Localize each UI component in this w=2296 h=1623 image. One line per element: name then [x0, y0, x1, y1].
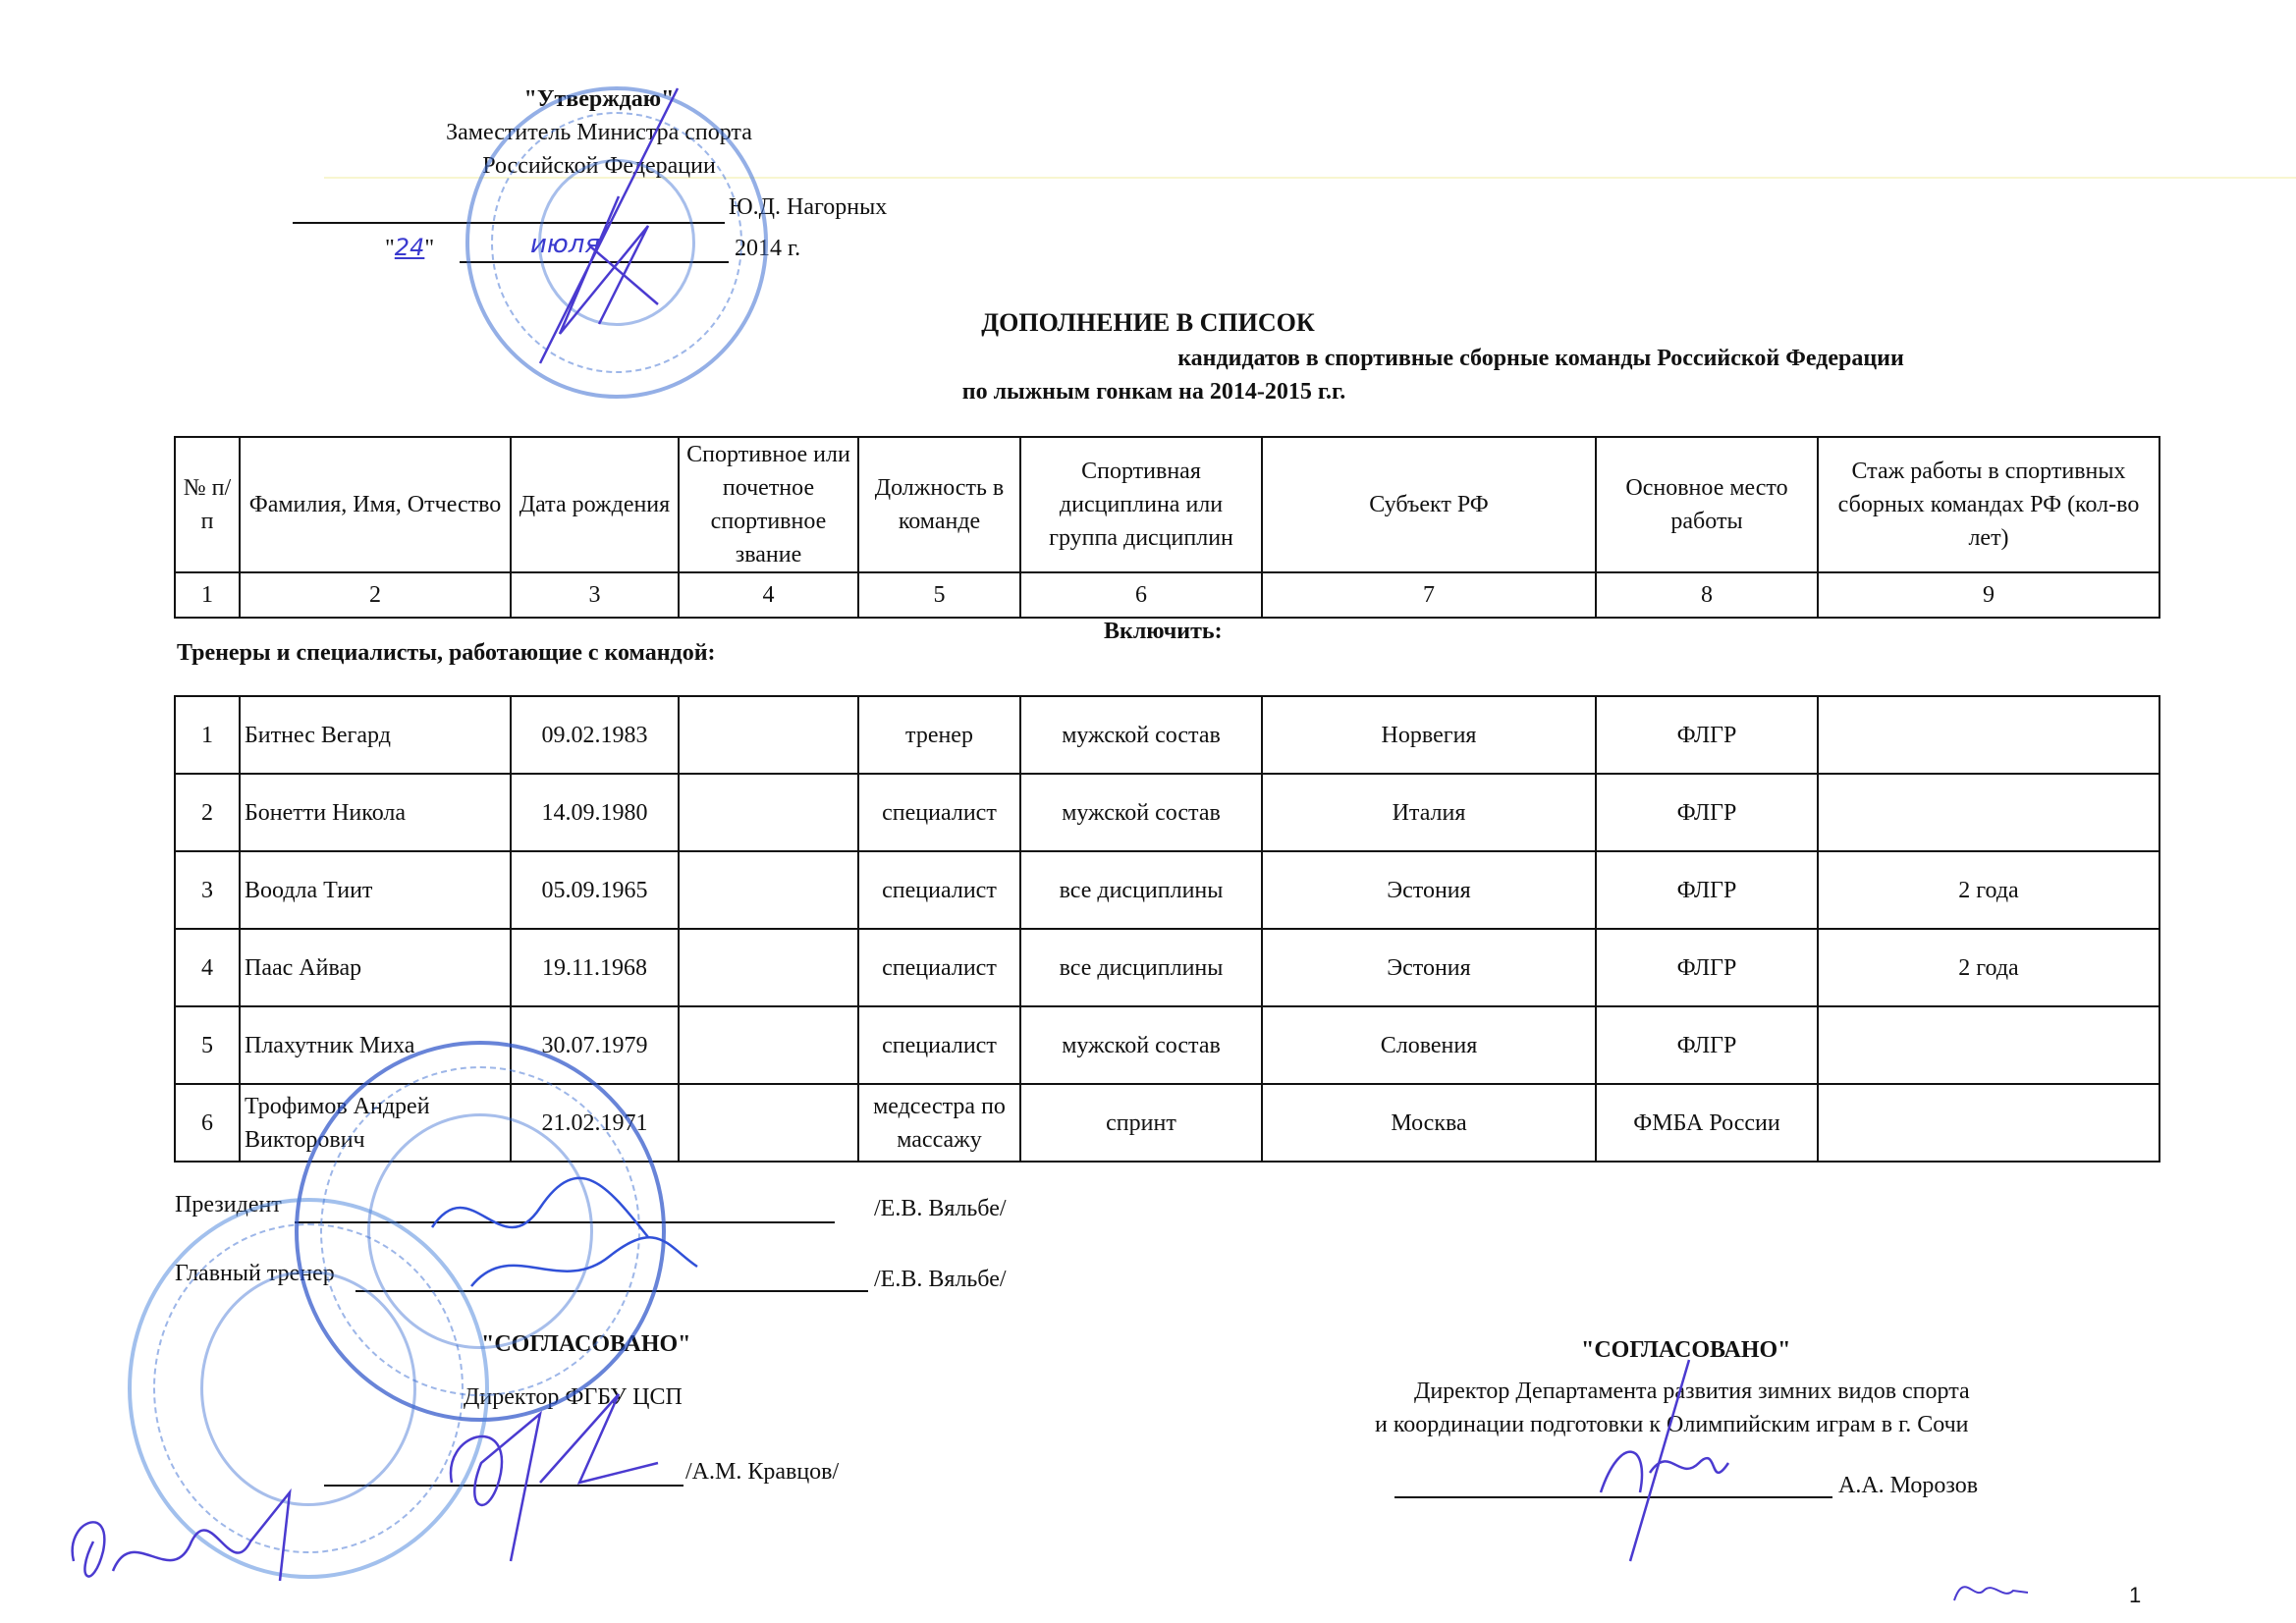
cell-experience [1818, 696, 2159, 774]
col-number: 1 [175, 572, 240, 618]
date-quote-open: " [385, 236, 395, 261]
cell-discipline: все дисциплины [1020, 929, 1262, 1006]
cell-no: 3 [175, 851, 240, 929]
cell-no: 2 [175, 774, 240, 851]
cell-experience [1818, 1084, 2159, 1162]
cell-birth: 09.02.1983 [511, 696, 679, 774]
cell-discipline: мужской состав [1020, 696, 1262, 774]
cell-title [679, 1084, 858, 1162]
staff-table: 1 Битнес Вегард 09.02.1983 тренер мужско… [174, 695, 2160, 1163]
cell-no: 6 [175, 1084, 240, 1162]
initials-scribble [1944, 1561, 2033, 1610]
cell-title [679, 1006, 858, 1084]
approval-block: "Утверждаю" Заместитель Министра спорта … [393, 82, 805, 183]
cell-title [679, 696, 858, 774]
agreed-right-position-line1: Директор Департамента развития зимних ви… [1414, 1379, 1970, 1405]
header-position: Должность в команде [858, 437, 1020, 572]
cell-workplace: ФМБА России [1596, 1084, 1818, 1162]
csp-stamp [128, 1198, 489, 1579]
col-number: 8 [1596, 572, 1818, 618]
document-subtitle-line2: по лыжным гонкам на 2014-2015 г.г. [6, 379, 2296, 406]
cell-position: медсестра по массажу [858, 1084, 1020, 1162]
header-sport-title: Спортивное или почетное спортивное звани… [679, 437, 858, 572]
header-row: № п/п Фамилия, Имя, Отчество Дата рожден… [175, 437, 2159, 572]
cell-subject: Норвегия [1262, 696, 1596, 774]
cell-name: Паас Айвар [240, 929, 511, 1006]
cell-no: 5 [175, 1006, 240, 1084]
cell-title [679, 929, 858, 1006]
president-signature-scribble [412, 1149, 707, 1306]
cell-subject: Москва [1262, 1084, 1596, 1162]
president-signature-line [295, 1221, 835, 1223]
page-number: 1 [2129, 1583, 2141, 1608]
table-row: 5 Плахутник Миха 30.07.1979 специалист м… [175, 1006, 2159, 1084]
approval-date: "24" [385, 234, 434, 262]
cell-position: тренер [858, 696, 1020, 774]
header-discipline: Спортивная дисциплина или группа дисципл… [1020, 437, 1262, 572]
table-row: 1 Битнес Вегард 09.02.1983 тренер мужско… [175, 696, 2159, 774]
include-label: Включить: [1104, 619, 1223, 645]
cell-birth: 05.09.1965 [511, 851, 679, 929]
col-number: 7 [1262, 572, 1596, 618]
cell-discipline: спринт [1020, 1084, 1262, 1162]
cell-birth: 30.07.1979 [511, 1006, 679, 1084]
cell-name: Воодла Тиит [240, 851, 511, 929]
head-coach-label: Главный тренер [175, 1261, 335, 1287]
cell-experience [1818, 774, 2159, 851]
agreed-right-position-line2: и координации подготовки к Олимпийским и… [1375, 1412, 1969, 1438]
cell-experience [1818, 1006, 2159, 1084]
cell-position: специалист [858, 929, 1020, 1006]
header-experience: Стаж работы в спортивных сборных команда… [1818, 437, 2159, 572]
header-fullname: Фамилия, Имя, Отчество [240, 437, 511, 572]
cell-experience: 2 года [1818, 929, 2159, 1006]
cell-name: Бонетти Никола [240, 774, 511, 851]
agreed-right-name: А.А. Морозов [1838, 1473, 1978, 1499]
header-birthdate: Дата рождения [511, 437, 679, 572]
header-table: № п/п Фамилия, Имя, Отчество Дата рожден… [174, 436, 2160, 619]
cell-birth: 21.02.1971 [511, 1084, 679, 1162]
cell-name: Битнес Вегард [240, 696, 511, 774]
cell-workplace: ФЛГР [1596, 851, 1818, 929]
date-quote-close: " [424, 236, 434, 261]
table-row: 3 Воодла Тиит 05.09.1965 специалист все … [175, 851, 2159, 929]
agreed-left-name: /А.М. Кравцов/ [685, 1459, 839, 1486]
approval-date-month-line [460, 261, 729, 263]
col-number: 9 [1818, 572, 2159, 618]
head-coach-signature-line [355, 1290, 868, 1292]
table-row: 2 Бонетти Никола 14.09.1980 специалист м… [175, 774, 2159, 851]
president-name: /Е.В. Вяльбе/ [874, 1196, 1007, 1222]
cell-no: 4 [175, 929, 240, 1006]
group-label: Тренеры и специалисты, работающие с кома… [177, 640, 716, 667]
cell-subject: Эстония [1262, 851, 1596, 929]
cell-subject: Эстония [1262, 929, 1596, 1006]
cell-position: специалист [858, 851, 1020, 929]
col-number: 6 [1020, 572, 1262, 618]
cell-discipline: все дисциплины [1020, 851, 1262, 929]
approval-signature-line [293, 222, 725, 224]
agreed-left-position: Директор ФГБУ ЦСП [464, 1384, 683, 1411]
cell-position: специалист [858, 1006, 1020, 1084]
date-day-handwritten: 24 [395, 234, 425, 261]
document-subtitle-line1: кандидатов в спортивные сборные команды … [393, 346, 2296, 372]
cell-discipline: мужской состав [1020, 774, 1262, 851]
cell-workplace: ФЛГР [1596, 929, 1818, 1006]
agreed-right-label: "СОГЛАСОВАНО" [1581, 1337, 1790, 1364]
agreed-right-signature-line [1394, 1496, 1832, 1498]
approval-position-line1: Заместитель Министра спорта [393, 116, 805, 149]
approval-name: Ю.Д. Нагорных [729, 194, 887, 221]
table-row: 6 Трофимов Андрей Викторович 21.02.1971 … [175, 1084, 2159, 1162]
cell-birth: 14.09.1980 [511, 774, 679, 851]
approval-label: "Утверждаю" [393, 82, 805, 116]
cell-birth: 19.11.1968 [511, 929, 679, 1006]
cell-position: специалист [858, 774, 1020, 851]
cell-discipline: мужской состав [1020, 1006, 1262, 1084]
cell-workplace: ФЛГР [1596, 1006, 1818, 1084]
date-month-handwritten: июля [530, 230, 600, 259]
cell-subject: Словения [1262, 1006, 1596, 1084]
cell-subject: Италия [1262, 774, 1596, 851]
cell-name: Трофимов Андрей Викторович [240, 1084, 511, 1162]
document-title: ДОПОЛНЕНИЕ В СПИСОК [0, 308, 2296, 338]
table-row: 4 Паас Айвар 19.11.1968 специалист все д… [175, 929, 2159, 1006]
header-subject: Субъект РФ [1262, 437, 1596, 572]
head-coach-name: /Е.В. Вяльбе/ [874, 1267, 1007, 1293]
left-bottom-signature-scribble [54, 1483, 329, 1620]
col-number: 4 [679, 572, 858, 618]
cell-name: Плахутник Миха [240, 1006, 511, 1084]
col-number: 2 [240, 572, 511, 618]
agreed-left-label: "СОГЛАСОВАНО" [481, 1331, 690, 1358]
header-workplace: Основное место работы [1596, 437, 1818, 572]
col-number: 5 [858, 572, 1020, 618]
cell-title [679, 851, 858, 929]
column-number-row: 1 2 3 4 5 6 7 8 9 [175, 572, 2159, 618]
cell-title [679, 774, 858, 851]
cell-workplace: ФЛГР [1596, 774, 1818, 851]
cell-workplace: ФЛГР [1596, 696, 1818, 774]
cell-no: 1 [175, 696, 240, 774]
cell-experience: 2 года [1818, 851, 2159, 929]
col-number: 3 [511, 572, 679, 618]
president-label: Президент [175, 1192, 282, 1218]
header-no: № п/п [175, 437, 240, 572]
approval-position-line2: Российской Федерации [393, 149, 805, 183]
agreed-left-signature-line [324, 1485, 683, 1487]
approval-year: 2014 г. [735, 236, 800, 262]
